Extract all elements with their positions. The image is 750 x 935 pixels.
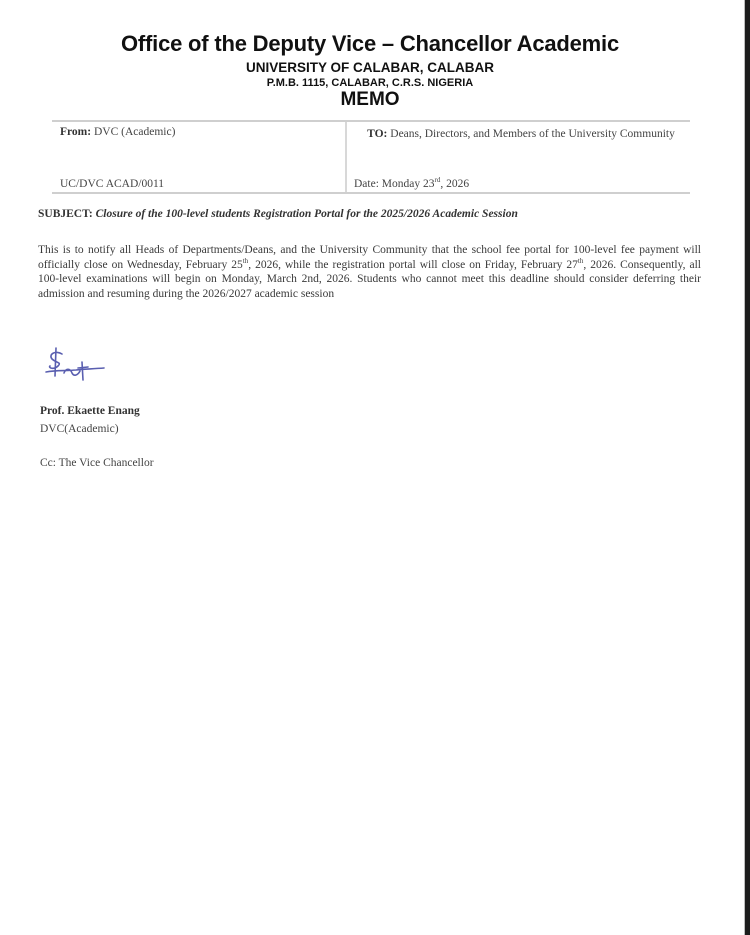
to-value: Deans, Directors, and Members of the Uni… <box>390 128 675 140</box>
page-edge-scrollbar <box>744 0 750 935</box>
memo-body: This is to notify all Heads of Departmen… <box>38 243 701 301</box>
memo-info-table: From: DVC (Academic) UC/DVC ACAD/0011 TO… <box>52 120 690 194</box>
reference-number: UC/DVC ACAD/0011 <box>60 178 164 190</box>
signer-name: Prof. Ekaette Enang <box>40 405 140 417</box>
signer-title: DVC(Academic) <box>40 423 119 435</box>
cc-line: Cc: The Vice Chancellor <box>40 457 154 469</box>
date-label: Date: <box>354 178 379 190</box>
from-value: DVC (Academic) <box>94 126 175 138</box>
university-name: UNIVERSITY OF CALABAR, CALABAR <box>0 59 740 76</box>
body-text-2: , 2026, while the registration portal wi… <box>248 259 578 271</box>
subject-text: Closure of the 100-level students Regist… <box>96 208 518 220</box>
from-field: From: DVC (Academic) <box>60 126 175 138</box>
table-divider <box>345 122 347 192</box>
to-field: TO: Deans, Directors, and Members of the… <box>354 126 688 142</box>
date-field: Date: Monday 23rd, 2026 <box>354 178 469 190</box>
from-label: From: <box>60 126 91 138</box>
date-year: , 2026 <box>440 178 469 190</box>
office-title: Office of the Deputy Vice – Chancellor A… <box>0 30 740 58</box>
to-label: TO: <box>367 128 387 140</box>
letterhead: Office of the Deputy Vice – Chancellor A… <box>0 30 740 110</box>
date-day: Monday 23 <box>382 178 435 190</box>
subject-label: SUBJECT: <box>38 208 93 220</box>
university-address: P.M.B. 1115, CALABAR, C.R.S. NIGERIA <box>0 76 740 90</box>
signature-icon <box>42 346 112 386</box>
subject-line: SUBJECT: Closure of the 100-level studen… <box>38 208 708 220</box>
date-value: Monday 23rd, 2026 <box>382 178 469 190</box>
memo-heading: MEMO <box>0 90 740 110</box>
